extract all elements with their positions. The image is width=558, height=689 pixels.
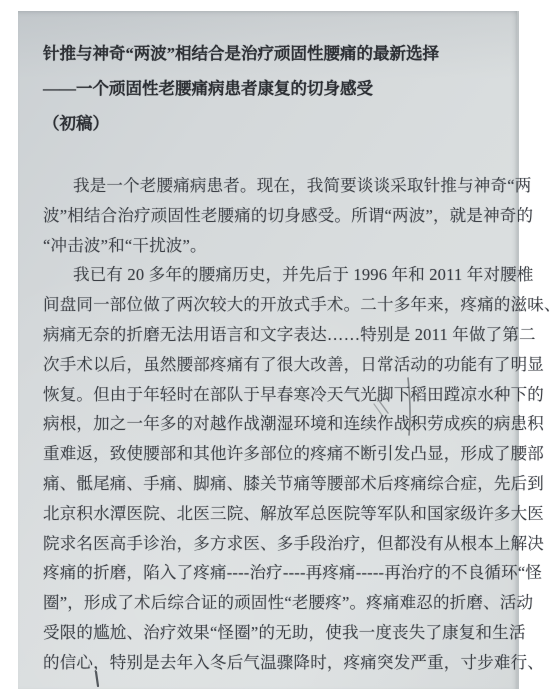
- body-line: “冲击波”和“干扰波”。: [43, 231, 463, 261]
- body-line: 的信心，特别是去年入冬后气温骤降时，疼痛突发严重，寸步难行、: [43, 648, 463, 678]
- body-line: 我是一个老腰痛病患者。现在，我简要谈谈采取针推与神奇“两: [43, 171, 463, 201]
- document-body: 我是一个老腰痛病患者。现在，我简要谈谈采取针推与神奇“两 波”相结合治疗顽固性老…: [43, 171, 463, 678]
- document-subtitle-line: ——一个顽固性老腰痛病患者康复的切身感受: [43, 71, 463, 106]
- body-line: 波”相结合治疗顽固性老腰痛的切身感受。所谓“两波”，就是神奇的: [43, 201, 463, 231]
- body-line: 次手术以后，虽然腰部疼痛有了很大改善，日常活动的功能有了明显: [43, 350, 463, 380]
- document-draft-label: （初稿）: [43, 106, 463, 141]
- body-line: 病痛无奈的折磨无法用语言和文字表达……特别是 2011 年做了第二: [43, 320, 463, 350]
- body-line: 痛、骶尾痛、手痛、脚痛、膝关节痛等腰部术后疼痛综合症，先后到: [43, 469, 463, 499]
- document-title-line-1: 针推与神奇“两波”相结合是治疗顽固性腰痛的最新选择: [43, 36, 463, 71]
- body-line: 圈”，形成了术后综合证的顽固性“老腰疼”。疼痛难忍的折磨、活动: [43, 588, 463, 618]
- body-line: 院求名医高手诊治，多方求医、多手段治疗，但都没有从根本上解决: [43, 529, 463, 559]
- body-line: 疼痛的折磨，陷入了疼痛----治疗----再疼痛-----再治疗的不良循环“怪: [43, 558, 463, 588]
- body-line: 重难返，致使腰部和其他许多部位的疼痛不断引发凸显，形成了腰部: [43, 439, 463, 469]
- body-line: 我已有 20 多年的腰痛历史，并先后于 1996 年和 2011 年对腰椎: [43, 260, 463, 290]
- body-line: 恢复。但由于年轻时在部队于早春寒冷天气光脚下稻田蹚凉水种下的: [43, 380, 463, 410]
- photographed-document-page: { "colors":{ "bg":"#ffffff", "paper":"#d…: [0, 0, 558, 689]
- body-line: 受限的尴尬、治疗效果“怪圈”的无助，使我一度丧失了康复和生活: [43, 618, 463, 648]
- body-line: 间盘同一部位做了两次较大的开放式手术。二十多年来，疼痛的滋味、: [43, 290, 463, 320]
- document-title: 针推与神奇“两波”相结合是治疗顽固性腰痛的最新选择 ——一个顽固性老腰痛病患者康…: [43, 36, 463, 141]
- body-line: 病根，加之一年多的对越作战潮湿环境和连续作战积劳成疾的病患积: [43, 409, 463, 439]
- paper-sheet-photo: 针推与神奇“两波”相结合是治疗顽固性腰痛的最新选择 ——一个顽固性老腰痛病患者康…: [18, 11, 519, 689]
- body-line: 北京积水潭医院、北医三院、解放军总医院等军队和国家级许多大医: [43, 499, 463, 529]
